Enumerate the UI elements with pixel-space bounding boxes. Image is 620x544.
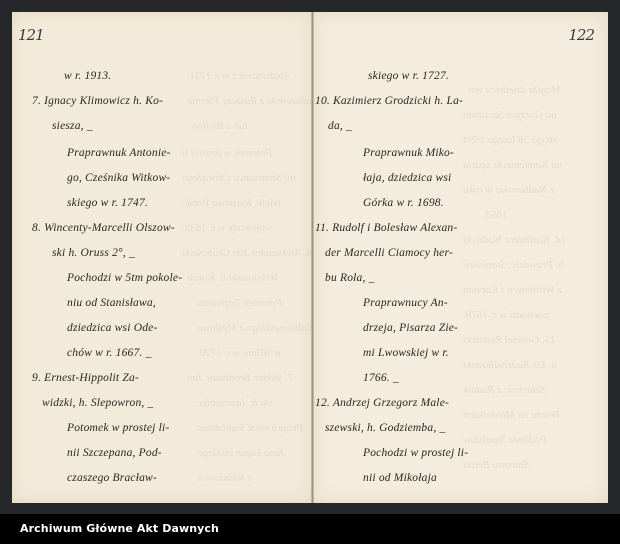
bleed-through-line: Kaliszewskiego z Mysłowa [197,322,314,334]
bleed-through-line: h. Lis Radziwiłłowski [463,359,557,371]
bleed-through-line: wojewody w r. 1633. [182,222,272,234]
handwritten-line: dziedzica wsi Ode- [67,322,157,334]
bleed-through-line: Jana Łopacińskiego [197,447,285,459]
handwritten-line: 12. Andrzej Grzegorz Male- [315,397,449,409]
bleed-through-line: Kaliszewski z Ruszczy Piernie [187,95,319,107]
bleed-through-line: z Wiśniowca [197,472,252,484]
bleed-through-line: Wiśniowski h. Korab [187,272,278,284]
handwritten-line: Prapraw­nuk Antonie- [67,147,171,159]
bleed-through-line: Praprawnuk Stanisława [197,422,303,434]
handwritten-line: widzki, h. Slepowron, _ [42,397,154,409]
handwritten-line: Pochodzi w prostej li- [363,447,468,459]
bleed-through-line: Abakanowicz w r. 1711. [187,70,291,82]
bleed-through-line: 6. Aleksander Jan Grabowski [182,247,312,259]
handwritten-line: skiego w r. 1727. [368,70,449,82]
handwritten-line: 8. Wincenty-Marcelli Olszow- [32,222,175,234]
handwritten-line: 1766. _ [363,372,399,384]
bleed-through-line: lub z Bielino [192,120,248,132]
handwritten-line: mi Lwowskiej w r. [363,347,449,359]
bleed-through-line: z Nadborowa w roku [463,184,554,196]
handwritten-line: Pochodzi w 5tm pokole- [67,272,182,284]
bleed-through-line: Podlasie Stanisław [463,434,547,446]
handwritten-line: nii Szczepana, Pod- [67,447,162,459]
handwritten-line: bu Rola, _ [325,272,375,284]
bleed-through-line: Potomek Zygmunta [197,297,282,309]
handwritten-line: nii od Mikołaja [363,472,437,484]
bleed-through-line: Wielk. Księstwa Polsk. [182,197,282,209]
handwritten-line: 11. Rudolf i Bolesław Alexan- [315,222,457,234]
bleed-through-line: 7. Wiktor Bronisław Jan [187,372,294,384]
handwritten-line: niu od Stanisława, [67,297,156,309]
bleed-through-line: Potomek w prostej li [182,147,272,159]
bleed-through-line: Tenuta na Miednikach [463,409,561,421]
handwritten-line: w r. 1913. [64,70,111,82]
handwritten-line: łaja, dziedzica wsi [363,172,451,184]
bleed-through-line: pochodzi w r. 1678. [463,309,549,321]
bleed-through-line: na Kamieniecki sędzia [463,159,562,171]
bleed-through-line: nii Stanisława Chorążego [182,172,296,184]
bleed-through-line: Starosta Bełzki [463,459,529,471]
handwritten-line: 7. Ignacy Klimowicz h. Ko- [32,95,163,107]
bleed-through-line: na Gorzyce Szczawin [463,109,557,121]
handwritten-line: siesza, _ [52,120,93,132]
footer-bar: Archiwum Główne Akt Dawnych [0,514,620,544]
handwritten-line: da, _ [328,120,352,132]
bleed-through-line: w Wilnie w r. 1720. [197,347,281,359]
bleed-through-line: 1653. [483,209,508,221]
handwritten-line: Potomek w prostej li- [67,422,169,434]
handwritten-line: chów w r. 1667. _ [67,347,152,359]
bleed-through-line: h. Prawdzic, Stanisław [463,259,564,271]
bleed-through-line: Szlachcic z Rudnik [463,384,545,396]
right-page: 122 Mogiła dziedzica wsina Gorzyce Szcza… [313,12,608,503]
document-viewer: 121 Abakanowicz w r. 1711.Kaliszewski z … [0,0,620,514]
handwritten-line: ski h. Oruss 2°, _ [52,247,135,259]
handwritten-line: 10. Kazimierz Grodzicki h. La- [315,95,463,107]
handwritten-line: Praprawnucy An- [363,297,448,309]
bleed-through-line: 15. Gabriel Rudnicki [463,334,556,346]
left-page: 121 Abakanowicz w r. 1711.Kaliszewski z … [12,12,313,503]
left-page-number: 121 [18,26,44,44]
bleed-through-line: z Wiśniowca i Kapitan [463,284,562,296]
handwritten-line: der Marcelli Ciamocy her- [325,247,453,259]
bleed-through-line: 14. Kazimierz Wodzicki [463,234,566,246]
handwritten-line: 9. Ernest-Hippolit Za- [32,372,139,384]
handwritten-line: czaszego Bracław- [67,472,157,484]
bleed-through-line: ski h. Jastrzębiec [197,397,272,409]
right-page-number: 122 [568,26,594,44]
handwritten-line: skiego w r. 1747. [67,197,148,209]
bleed-through-line: stryja 28 lutego 1694 [463,134,557,146]
handwritten-line: Prapraw­nuk Miko- [363,147,454,159]
handwritten-line: drzeja, Pisarza Zie- [363,322,458,334]
archive-name-label: Archiwum Główne Akt Dawnych [20,522,219,535]
handwritten-line: go, Cześnika Witkow- [67,172,170,184]
book-spine [311,12,314,503]
handwritten-line: Górka w r. 1698. [363,197,444,209]
handwritten-line: szewski, h. Godziemba, _ [325,422,445,434]
bleed-through-line: Mogiła dziedzica wsi [468,84,561,96]
